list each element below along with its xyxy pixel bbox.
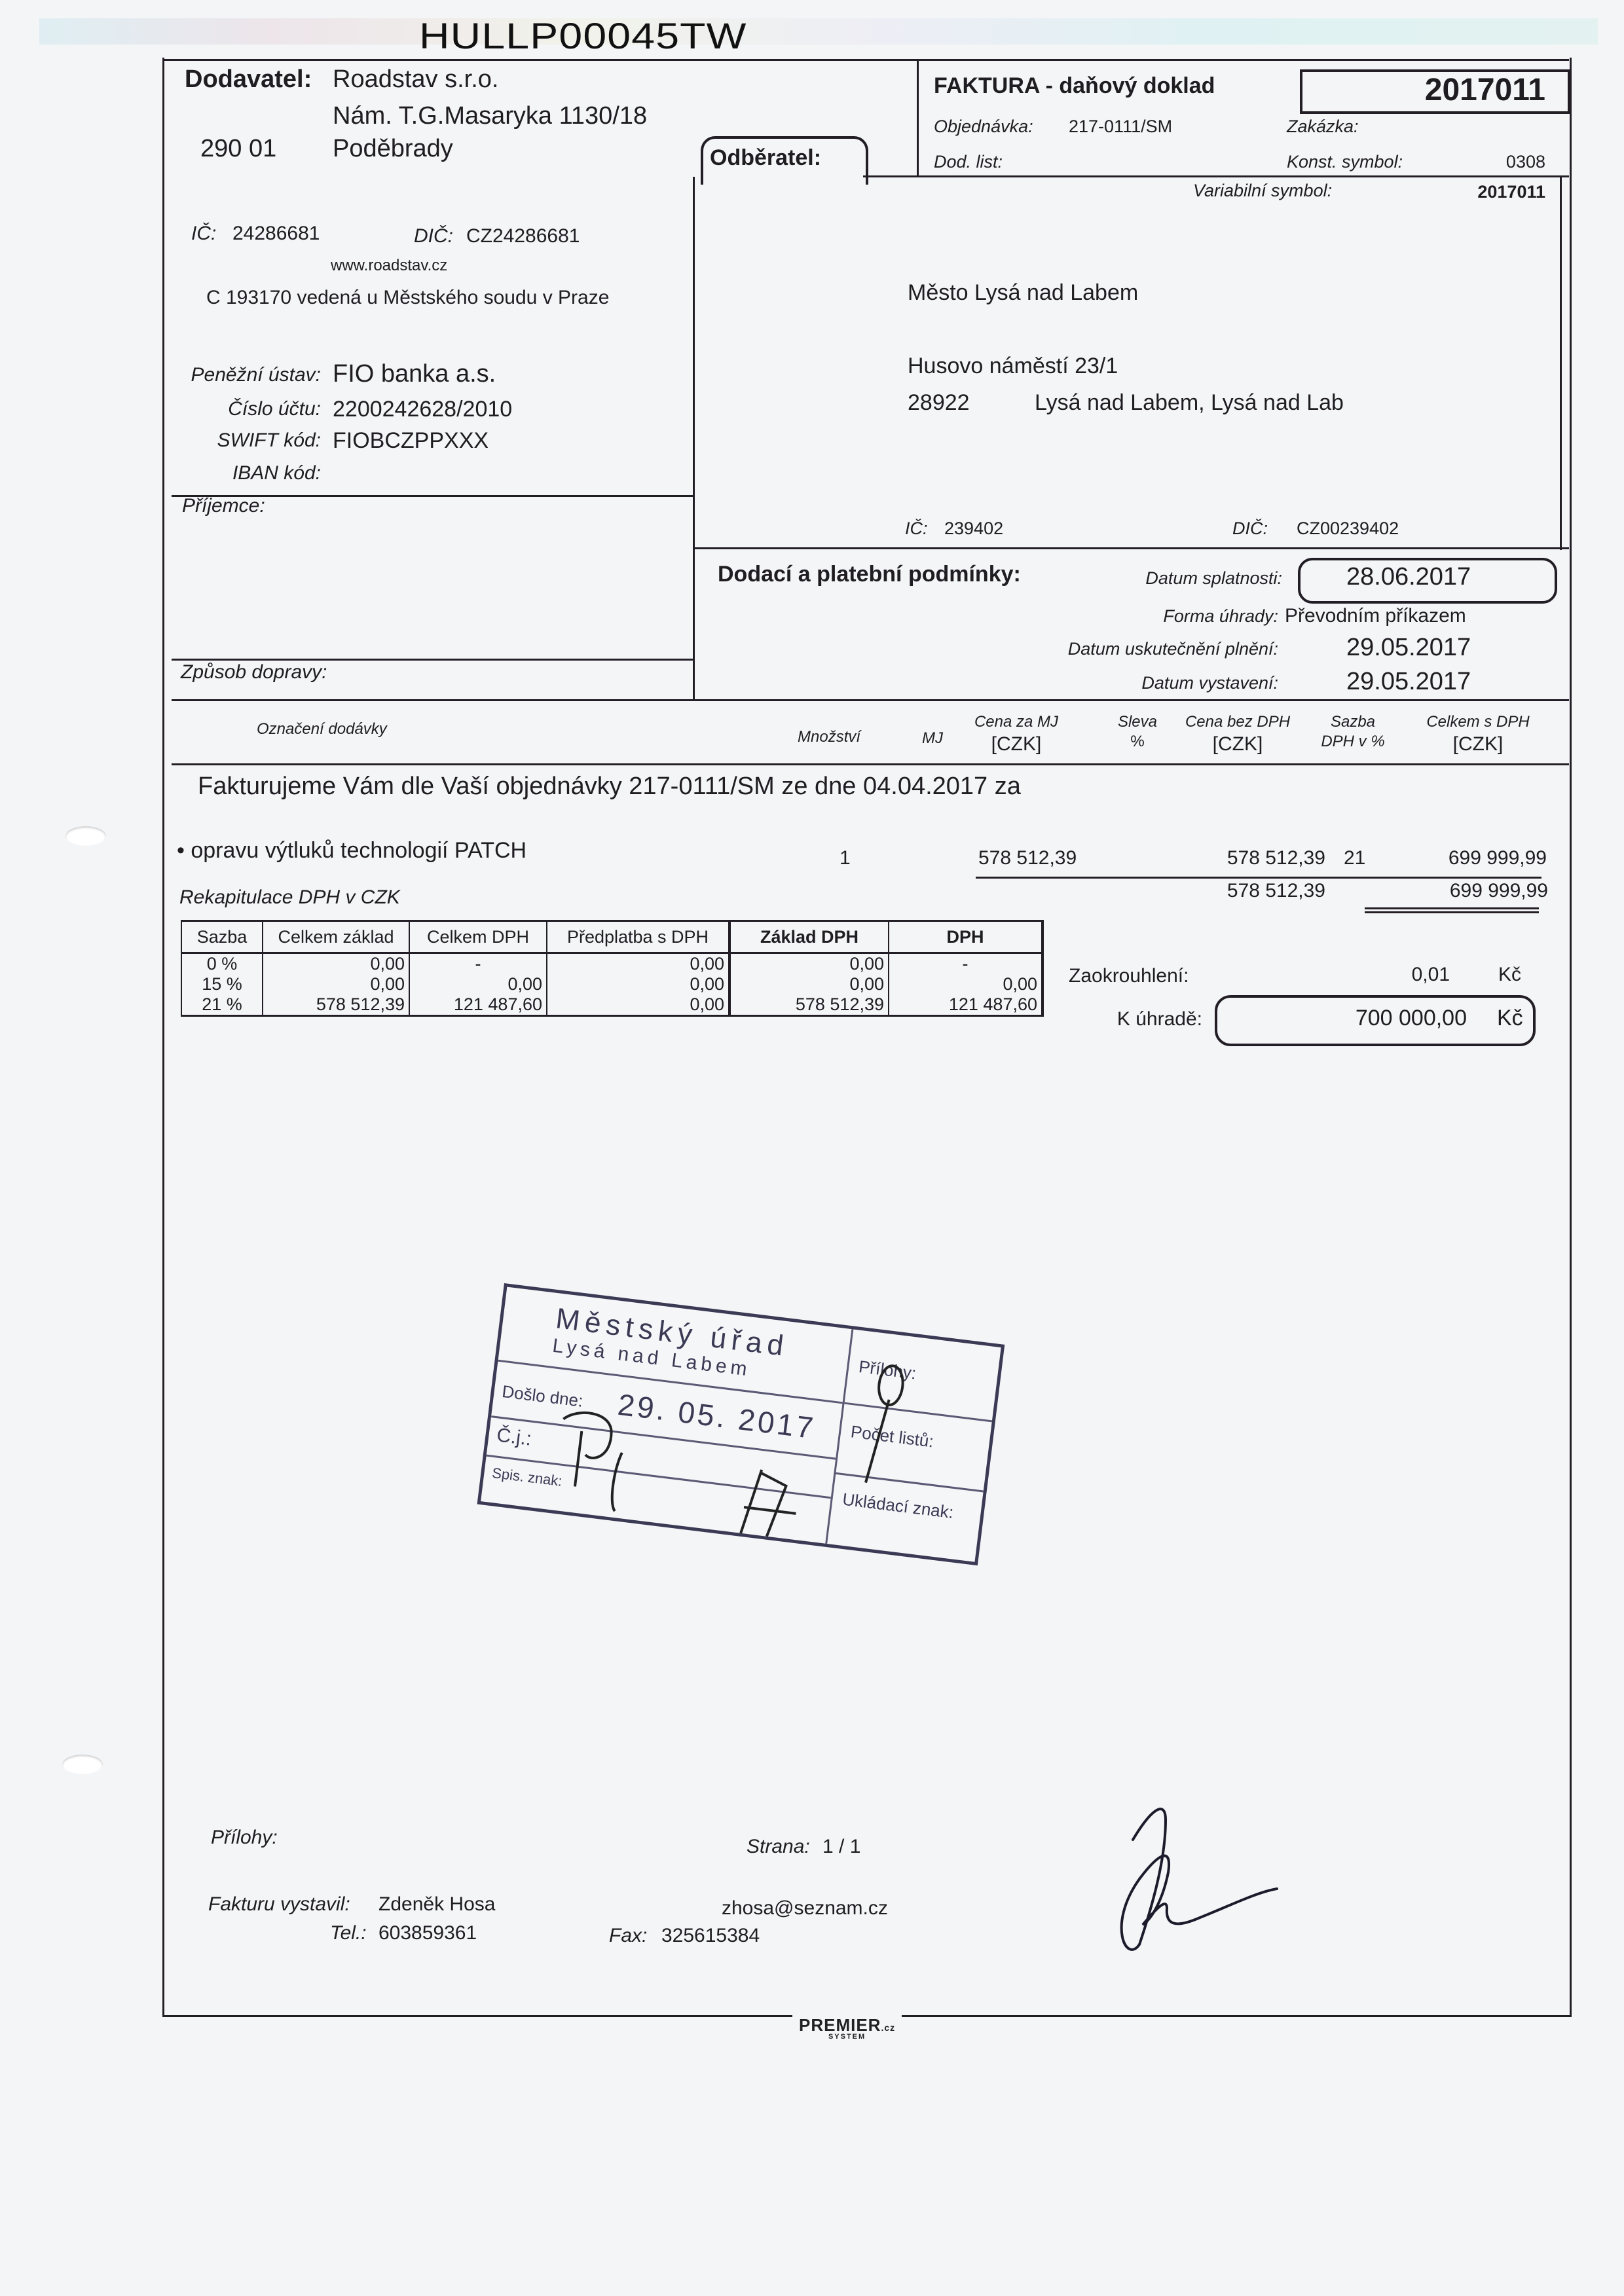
customer-label: Odběratel: [710, 145, 821, 171]
col-unit-price: Cena za MJ[CZK] [970, 712, 1062, 757]
vat-base: 578 512,39 [263, 994, 409, 1016]
col-vat-rate-line1: Sazba [1331, 713, 1375, 731]
vat-header-row: Sazba Celkem základ Celkem DPH Předplatb… [181, 921, 1043, 953]
vat-base: 0,00 [263, 953, 409, 975]
supplier-label: Dodavatel: [185, 65, 312, 94]
vat-rate: 15 % [181, 974, 263, 994]
sum-net: 578 512,39 [1179, 880, 1325, 902]
issued-by-label: Fakturu vystavil: [208, 1893, 350, 1916]
transport-label: Způsob dopravy: [181, 661, 327, 683]
issued-date-label: Datum vystavení: [1048, 673, 1278, 693]
taxable-date: 29.05.2017 [1346, 634, 1471, 662]
vat-rate: 0 % [181, 953, 263, 975]
vat-row: 15 % 0,00 0,00 0,00 0,00 0,00 [181, 974, 1043, 994]
to-pay-currency: Kč [1497, 1006, 1523, 1031]
intro-text: Fakturujeme Vám dle Vaší objednávky 217-… [198, 773, 1021, 801]
vat-header-tax: DPH [889, 921, 1043, 953]
scan-header-code: HULLP00045TW [419, 14, 747, 57]
top-border [162, 59, 1569, 61]
customer-dic-label: DIČ: [1232, 519, 1268, 539]
email: zhosa@seznam.cz [722, 1897, 888, 1920]
vat-row: 0 % 0,00 - 0,00 0,00 - [181, 953, 1043, 975]
col-unit-price-line2: [CZK] [991, 733, 1042, 755]
swift-code: FIOBCZPPXXX [333, 428, 489, 454]
item-desc: • opravu výtluků technologií PATCH [177, 838, 526, 864]
var-symbol-label: Variabilní symbol: [1193, 181, 1332, 201]
tel-label: Tel.: [330, 1922, 367, 1944]
divider [1560, 177, 1562, 550]
recipient-label: Příjemce: [182, 495, 265, 517]
col-vat-rate-line2: DPH v % [1321, 733, 1384, 750]
vat-header-base: Celkem základ [263, 921, 409, 953]
account-number: 2200242628/2010 [333, 397, 512, 422]
col-desc: Označení dodávky [257, 720, 387, 738]
supplier-name: Roadstav s.r.o. [333, 65, 498, 94]
terms-title: Dodací a platební podmínky: [718, 562, 1021, 587]
order-number: 217-0111/SM [1069, 117, 1172, 137]
footer-attachments-label: Přílohy: [211, 1827, 278, 1849]
customer-name: Město Lysá nad Labem [908, 280, 1138, 306]
invoice-number: 2017011 [1303, 72, 1545, 108]
col-discount-line2: % [1130, 733, 1144, 750]
punch-hole [62, 1755, 103, 1774]
to-pay-value: 700 000,00 [1244, 1006, 1467, 1031]
supplier-ic-label: IČ: [191, 223, 216, 245]
divider [917, 59, 919, 177]
vat-tax-base: 0,00 [729, 953, 889, 975]
vat-prepayment: 0,00 [547, 953, 729, 975]
customer-ic: 239402 [944, 519, 1003, 539]
supplier-ic: 24286681 [232, 223, 320, 245]
divider [172, 659, 694, 661]
vat-amount: - [409, 953, 547, 975]
customer-street: Husovo náměstí 23/1 [908, 354, 1118, 379]
payment-method: Převodním příkazem [1285, 605, 1466, 627]
divider [172, 763, 1569, 765]
swift-label: SWIFT kód: [172, 429, 321, 452]
supplier-zip: 290 01 [200, 135, 276, 163]
item-vat-rate: 21 [1344, 847, 1365, 869]
col-unit-price-line1: Cena za MJ [974, 713, 1058, 731]
payment-label: Forma úhrady: [1048, 606, 1278, 627]
sum-line [976, 877, 1541, 879]
customer-dic: CZ00239402 [1297, 519, 1399, 539]
supplier-registry: C 193170 vedená u Městského soudu v Praz… [206, 287, 609, 309]
fax-label: Fax: [609, 1925, 647, 1947]
vat-row: 21 % 578 512,39 121 487,60 0,00 578 512,… [181, 994, 1043, 1016]
rounding-label: Zaokrouhlení: [1069, 965, 1189, 987]
vat-header-prepayment: Předplatba s DPH [547, 921, 729, 953]
item-total: 699 999,99 [1408, 847, 1547, 869]
vat-amount: 121 487,60 [409, 994, 547, 1016]
supplier-dic: CZ24286681 [466, 225, 580, 247]
due-label: Datum splatnosti: [1048, 568, 1282, 589]
customer-zip: 28922 [908, 390, 970, 416]
col-total-line2: [CZK] [1453, 733, 1504, 755]
supplier-city: Poděbrady [333, 135, 453, 163]
iban-label: IBAN kód: [172, 462, 321, 484]
signature [1113, 1794, 1323, 1977]
tel-number: 603859361 [378, 1922, 477, 1944]
col-discount-line1: Sleva [1118, 713, 1157, 731]
customer-ic-label: IČ: [905, 519, 928, 539]
col-net-line1: Cena bez DPH [1185, 713, 1290, 731]
page-label: Strana: [747, 1836, 810, 1858]
vat-tax: 121 487,60 [889, 994, 1043, 1016]
scan-color-band [39, 18, 1598, 45]
vat-header-rate: Sazba [181, 921, 263, 953]
col-net: Cena bez DPH[CZK] [1179, 712, 1297, 757]
vat-header-tax-base: Základ DPH [729, 921, 889, 953]
rounding-currency: Kč [1498, 964, 1521, 986]
double-underline [1365, 907, 1539, 909]
vat-tax-base: 578 512,39 [729, 994, 889, 1016]
issued-by: Zdeněk Hosa [378, 1893, 495, 1916]
divider [172, 699, 1569, 701]
brand-name: PREMIER [799, 2015, 881, 2035]
rounding-value: 0,01 [1310, 964, 1450, 986]
bank-name: FIO banka a.s. [333, 360, 496, 388]
col-total: Celkem s DPH[CZK] [1409, 712, 1547, 757]
col-vat-rate: SazbaDPH v % [1314, 712, 1392, 752]
delivery-note-label: Dod. list: [934, 152, 1003, 172]
fax-number: 325615384 [661, 1925, 760, 1947]
vat-recap-table: Sazba Celkem základ Celkem DPH Předplatb… [181, 920, 1044, 1017]
bank-label: Peněžní ústav: [172, 364, 321, 386]
item-qty: 1 [840, 847, 851, 869]
double-underline [1365, 911, 1539, 913]
col-qty: Množství [798, 728, 860, 746]
vat-base: 0,00 [263, 974, 409, 994]
item-net: 578 512,39 [1179, 847, 1325, 869]
sum-total: 699 999,99 [1408, 880, 1548, 902]
taxable-date-label: Datum uskutečnění plnění: [917, 639, 1278, 659]
supplier-dic-label: DIČ: [414, 225, 453, 247]
order-label: Objednávka: [934, 117, 1033, 137]
divider [693, 547, 1569, 549]
vat-prepayment: 0,00 [547, 974, 729, 994]
col-net-line2: [CZK] [1213, 733, 1263, 755]
vat-header-vat: Celkem DPH [409, 921, 547, 953]
item-unit-price: 578 512,39 [978, 847, 1077, 869]
divider [693, 177, 695, 550]
brand-suffix: .cz [881, 2022, 895, 2033]
col-discount: Sleva% [1108, 712, 1167, 752]
account-label: Číslo účtu: [172, 398, 321, 420]
customer-city: Lysá nad Labem, Lysá nad Lab [1035, 390, 1344, 416]
vat-tax: - [889, 953, 1043, 975]
divider [863, 175, 1569, 177]
var-symbol: 2017011 [1441, 182, 1545, 202]
vat-rate: 21 % [181, 994, 263, 1016]
vat-tax-base: 0,00 [729, 974, 889, 994]
supplier-street: Nám. T.G.Masaryka 1130/18 [333, 102, 647, 130]
col-unit: MJ [922, 729, 943, 748]
issued-date: 29.05.2017 [1346, 668, 1471, 696]
software-brand: PREMIER.cz SYSTEM [792, 2015, 902, 2041]
col-total-line1: Celkem s DPH [1426, 713, 1529, 731]
const-symbol: 0308 [1467, 152, 1545, 172]
to-pay-label: K úhradě: [1048, 1008, 1202, 1030]
vat-amount: 0,00 [409, 974, 547, 994]
page-number: 1 / 1 [822, 1836, 860, 1858]
vat-prepayment: 0,00 [547, 994, 729, 1016]
contract-label: Zakázka: [1287, 117, 1359, 137]
supplier-web: www.roadstav.cz [331, 257, 447, 275]
invoice-title: FAKTURA - daňový doklad [934, 73, 1215, 99]
vat-recap-title: Rekapitulace DPH v CZK [179, 886, 400, 909]
punch-hole [65, 826, 106, 846]
vat-tax: 0,00 [889, 974, 1043, 994]
const-symbol-label: Konst. symbol: [1287, 152, 1403, 172]
due-date: 28.06.2017 [1346, 563, 1471, 591]
